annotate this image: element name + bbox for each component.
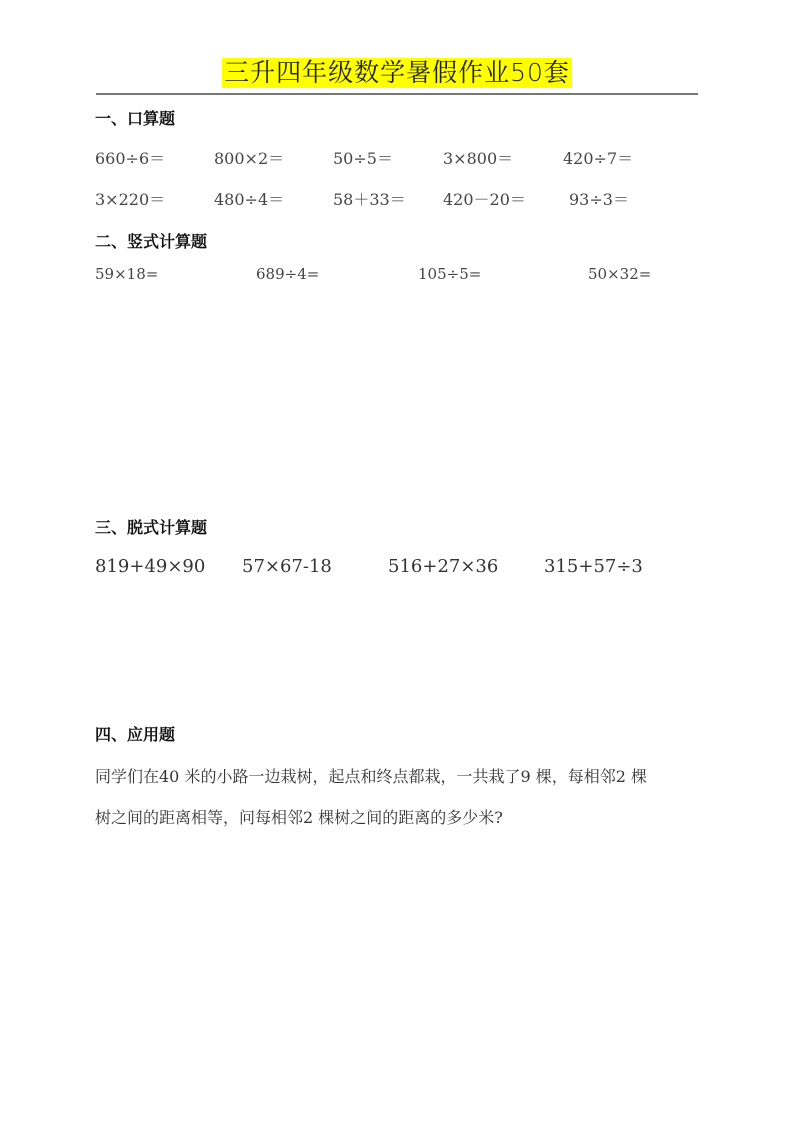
problem: 57×67-18 [242, 556, 332, 577]
section-heading-vertical-calc: 二、竖式计算题 [95, 229, 207, 252]
problem: 800×2＝ [214, 146, 284, 169]
problem: 420÷7＝ [563, 146, 633, 169]
problem: 315+57÷3 [544, 556, 643, 577]
word-problem-line: 树之间的距离相等，问每相邻2 棵树之间的距离的多少米? [95, 805, 695, 828]
problem: 516+27×36 [388, 556, 498, 577]
problem: 420－20＝ [443, 187, 526, 210]
problem: 50÷5＝ [333, 146, 393, 169]
document-title: 三升四年级数学暑假作业50套 [222, 58, 572, 88]
section-heading-word-problem: 四、应用题 [95, 722, 175, 745]
problem: 93÷3＝ [569, 187, 629, 210]
word-problem-line: 同学们在40 米的小路一边栽树，起点和终点都栽，一共栽了9 棵，每相邻2 棵 [95, 764, 695, 787]
problem: 50×32= [588, 265, 651, 283]
title-container: 三升四年级数学暑假作业50套 [0, 58, 794, 88]
problem: 689÷4= [256, 265, 319, 283]
problem: 660÷6＝ [95, 146, 165, 169]
section-heading-mental-math: 一、口算题 [95, 106, 175, 129]
title-underline [96, 93, 698, 95]
problem: 819+49×90 [95, 556, 205, 577]
section-heading-step-calc: 三、脱式计算题 [95, 515, 207, 538]
problem: 59×18= [95, 265, 158, 283]
problem: 58＋33＝ [333, 187, 406, 210]
problem: 105÷5= [418, 265, 481, 283]
problem: 3×800＝ [443, 146, 513, 169]
problem: 480÷4＝ [214, 187, 284, 210]
problem: 3×220＝ [95, 187, 165, 210]
